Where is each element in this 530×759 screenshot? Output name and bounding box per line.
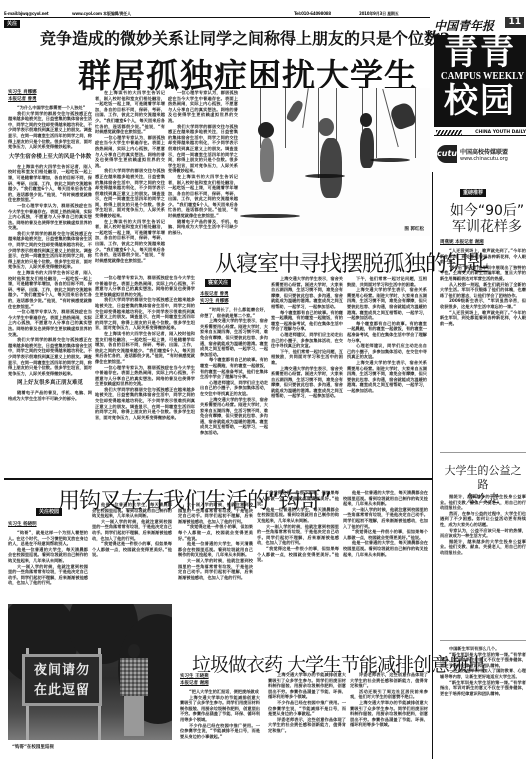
swing-illustration: 图 郭红松 [240, 88, 430, 236]
fork-column-1: “钩哥”，就是这样一个为别人着想的人。在这个时代，一个习惯把钩叉放在身边的人，总… [8, 530, 88, 602]
green-column-2: 上海交通大学举办的节能减排创意大赛吸引了众多学生参与。同学们用废旧材料制作服装、… [268, 672, 346, 757]
fork-story-photo: 夜间请勿 在此逗留 [8, 604, 172, 740]
photo-caption: “钩哥”在校园里巡视 [12, 744, 54, 750]
fork-column-2: 他是一位普通的大学生，每天清晨都会在校园里巡视。看到垃圾就用自己制作的钩叉捡起来… [92, 502, 172, 602]
main-story-column-1: “为什么中国学生都需要一个人独处” 我们大学同学的群居交往与孤独感正在越来越多地… [8, 105, 92, 477]
main-byline-1: 实习生 肖娜娜 [8, 90, 37, 96]
page-header-strip: E-mail:bjwq@cyol.net www.cyol.com 本版编辑/责… [4, 10, 430, 18]
header-website: www.cyol.com 本版编辑/责任人 [72, 11, 131, 17]
main-story-column-3: 一位心理学专家认为，群居孤独症在当今大学生中普遍存在。表面上热热闹闹，实际上内心… [168, 90, 238, 270]
dorm-column-1: “时间长了，什么都能磨合好，你想了，宿舍就是第二个家。” 上海交通大学的学生表示… [200, 307, 268, 477]
header-date: 2010年9月3日 星期五 [359, 11, 399, 17]
header-tel: Tel:010-64098088 [294, 11, 331, 16]
photo-person [120, 644, 148, 736]
dorm-column-3: 下午，他们常常一起讨论问题，互相鼓励，共同面对学习和生活中的困难。 上海交通大学… [347, 276, 427, 476]
photo-sign: 夜间请勿 在此逗留 [22, 654, 102, 706]
partner-name: 中国高校传媒联盟 [460, 147, 508, 156]
sidebar-story-2-text: 据统计，越来越多的大学生投身公益事业。他们支教、献血、关爱老人，用自己的行动回报… [440, 494, 526, 644]
hatch-decoration [436, 130, 462, 135]
green-column-3: 评委老师表示，这些创意作品体现了大学生的社会责任感和创新能力，值得肯定和推广。 … [350, 672, 428, 757]
dorm-byline-1: 本报记者 曾勇 [200, 292, 229, 298]
fork-column-4: “我觉得这是一件很小的事，但如果每个人都做一点，校园就会变得更美好。”他说。 他… [257, 490, 339, 637]
main-story-column-2b: 一位心理学专家认为，群居孤独症在当今大学生中普遍存在。表面上热热闹闹，实际上内心… [95, 275, 195, 480]
header-email: E-mail:bjwq@cyol.net [4, 11, 49, 16]
main-byline-2: 本报记者 曾勇 [8, 97, 37, 103]
section-divider [4, 478, 432, 480]
section-tag-recommend: 重磅推荐 [460, 189, 486, 197]
main-kicker: 竞争造成的微妙关系让同学之间称得上朋友的只是个位数? [40, 26, 449, 49]
sidebar-story-3-text: 中国新生军训有那么几个。 “新生军训是大学生活的第一课。”有学者指出，军训对新生… [440, 646, 526, 758]
sidebar-story-1-text: “人还没到场上，歌声就先到了。”今年的新生军训，到处都能看到各种新花样，令人眼前… [440, 248, 526, 448]
title-xiaoyuan: 校园 [434, 82, 526, 120]
figure-head [258, 122, 274, 138]
sidebar-byline-1: 周燕妮 本报记者 谢湘 [440, 240, 484, 246]
cutu-partner-block: cutu 中国高校传媒联盟 www.chinacutu.org [437, 145, 527, 167]
main-story-column-2: 在上海读书的大四学生告诉记者，刚入校时他和室友们相处融洽，一起吃饭一起上课，可是… [95, 90, 165, 270]
section-tag-campus: 关注校园 [36, 508, 62, 516]
fork-column-5: 他是一位普通的大学生，每天清晨都会在校园里巡视。看到垃圾就用自己制作的钩叉捡起来… [343, 490, 428, 637]
partner-url: www.chinacutu.org [460, 156, 508, 162]
fork-column-3: 大一刚入学的时候，他就注意到校园里的一些角落常常有垃圾，于是他决定自己动手。同学… [178, 502, 253, 637]
section-tag-focus: 关注 [4, 20, 20, 28]
main-subhead-1: 大学生宿舍楼上至大的风是个体数 [8, 153, 92, 161]
figure-body [260, 138, 274, 182]
green-byline-2: 本报记者 谢湘 [180, 681, 209, 687]
title-campus-weekly: CAMPUS WEEKLY [441, 71, 519, 82]
green-column-1: “把人大学生的汇报话，便把废纸做成 上海交通大学举办的节能减排创意大赛吸引了众多… [180, 689, 260, 757]
green-byline-1: 实习生 王晓燕 [180, 674, 209, 680]
dorm-byline-2: 实习生 肖娜娜 [200, 299, 229, 305]
main-subhead-2: 网上好友很多真正朋友难觅 [8, 379, 92, 387]
dorm-column-2: 上海交通大学的学生表示，宿舍关系需要用心经营。刚进大学时，大家来自五湖四海，生活… [271, 276, 343, 476]
illustration-credit: 图 郭红松 [404, 226, 424, 232]
section-tag-dorm: 寝室关注 [205, 279, 231, 287]
fork-byline: 实习生 杨晓明 [8, 522, 37, 528]
page-number: 11 [505, 17, 524, 28]
sidebar-headline-1: 如今“90后” 军训花样多 [446, 203, 528, 235]
cutu-logo-icon: cutu [437, 145, 457, 163]
china-youth-daily-label: CHINA YOUTH DAILY [434, 129, 526, 136]
